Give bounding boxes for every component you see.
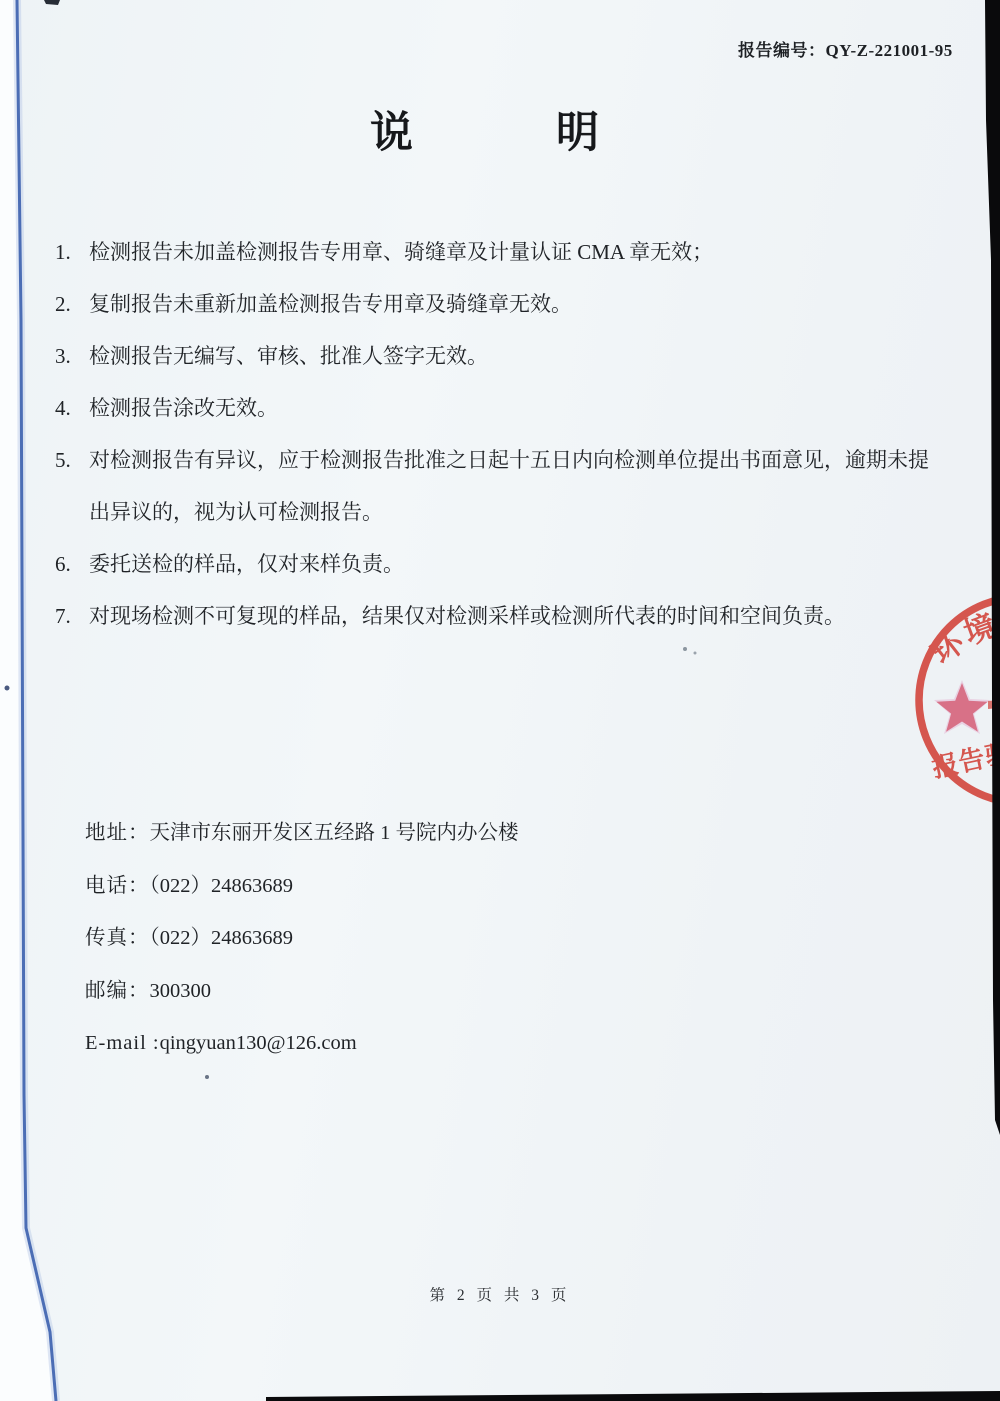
ink-speck xyxy=(5,686,10,691)
page-footer: 第 2 页 共 3 页 xyxy=(0,1283,1000,1305)
contact-label: 传真： xyxy=(85,927,150,949)
contact-row-phone: 电话：（022）24863689 xyxy=(85,860,519,913)
left-page-edge-glow xyxy=(17,0,56,1401)
note-item: 5. 对检测报告有异议，应于检测报告批准之日起十五日内向检测单位提出书面意见，逾… xyxy=(55,434,929,538)
report-number-value: QY-Z-221001-95 xyxy=(826,41,953,60)
stamp-star-glow xyxy=(934,680,990,734)
official-stamp: 环 境 报告骑 xyxy=(878,568,1000,828)
scanned-document-page: 报告编号：QY-Z-221001-95 说明 1. 检测报告未加盖检测报告专用章… xyxy=(0,0,1000,1401)
left-backing-strip xyxy=(0,0,56,1401)
note-text: 检测报告未加盖检测报告专用章、骑缝章及计量认证 CMA 章无效； xyxy=(89,226,929,278)
left-page-edge-line xyxy=(17,0,56,1401)
ink-speck xyxy=(694,652,697,655)
note-number: 5. xyxy=(55,434,89,538)
contact-label: 邮编： xyxy=(85,980,150,1002)
contact-label: 电话： xyxy=(85,875,150,897)
note-item: 6. 委托送检的样品，仅对来样负责。 xyxy=(55,538,929,590)
contact-row-email: E-mail :qingyuan130@126.com xyxy=(85,1017,519,1070)
note-number: 7. xyxy=(55,590,89,642)
note-number: 6. xyxy=(55,538,89,590)
scan-artifacts xyxy=(0,0,1000,1401)
contact-label: 地址： xyxy=(85,822,150,844)
note-item: 2. 复制报告未重新加盖检测报告专用章及骑缝章无效。 xyxy=(55,278,929,330)
note-number: 2. xyxy=(55,278,89,330)
note-text: 检测报告涂改无效。 xyxy=(89,382,929,434)
contact-row-zip: 邮编：300300 xyxy=(85,965,519,1018)
contact-value: 天津市东丽开发区五经路 1 号院内办公楼 xyxy=(150,822,519,844)
note-number: 3. xyxy=(55,330,89,382)
note-item: 4. 检测报告涂改无效。 xyxy=(55,382,929,434)
note-number: 4. xyxy=(55,382,89,434)
contact-block: 地址：天津市东丽开发区五经路 1 号院内办公楼 电话：（022）24863689… xyxy=(85,807,519,1070)
stamp-text-bottom: 报告骑 xyxy=(929,737,1000,783)
ink-speck xyxy=(205,1075,209,1079)
top-edge-smudge xyxy=(44,0,60,5)
note-text: 对现场检测不可复现的样品，结果仅对检测采样或检测所代表的时间和空间负责。 xyxy=(89,590,929,642)
contact-row-address: 地址：天津市东丽开发区五经路 1 号院内办公楼 xyxy=(85,807,519,860)
page-number-text: 第 2 页 共 3 页 xyxy=(430,1287,571,1304)
contact-value: （022）24863689 xyxy=(150,875,294,897)
contact-row-fax: 传真：（022）24863689 xyxy=(85,912,519,965)
note-text: 对检测报告有异议，应于检测报告批准之日起十五日内向检测单位提出书面意见，逾期未提… xyxy=(89,434,929,538)
report-number-label: 报告编号： xyxy=(738,41,826,60)
report-number-row: 报告编号：QY-Z-221001-95 xyxy=(738,36,953,61)
note-item: 7. 对现场检测不可复现的样品，结果仅对检测采样或检测所代表的时间和空间负责。 xyxy=(55,590,929,642)
contact-label: E-mail : xyxy=(85,1032,160,1054)
notes-list: 1. 检测报告未加盖检测报告专用章、骑缝章及计量认证 CMA 章无效； 2. 复… xyxy=(55,226,929,642)
note-text: 复制报告未重新加盖检测报告专用章及骑缝章无效。 xyxy=(89,278,929,330)
bottom-scan-band xyxy=(266,1391,1000,1401)
contact-value: 300300 xyxy=(150,980,212,1002)
note-item: 3. 检测报告无编写、审核、批准人签字无效。 xyxy=(55,330,929,382)
ink-speck xyxy=(683,647,687,651)
note-text: 检测报告无编写、审核、批准人签字无效。 xyxy=(89,330,929,382)
note-number: 1. xyxy=(55,226,89,278)
note-text: 委托送检的样品，仅对来样负责。 xyxy=(89,538,929,590)
note-item: 1. 检测报告未加盖检测报告专用章、骑缝章及计量认证 CMA 章无效； xyxy=(55,226,929,278)
contact-value: （022）24863689 xyxy=(150,927,294,949)
contact-value: qingyuan130@126.com xyxy=(160,1032,357,1054)
page-title: 说明 xyxy=(370,110,742,157)
stamp-dash xyxy=(988,697,1000,709)
